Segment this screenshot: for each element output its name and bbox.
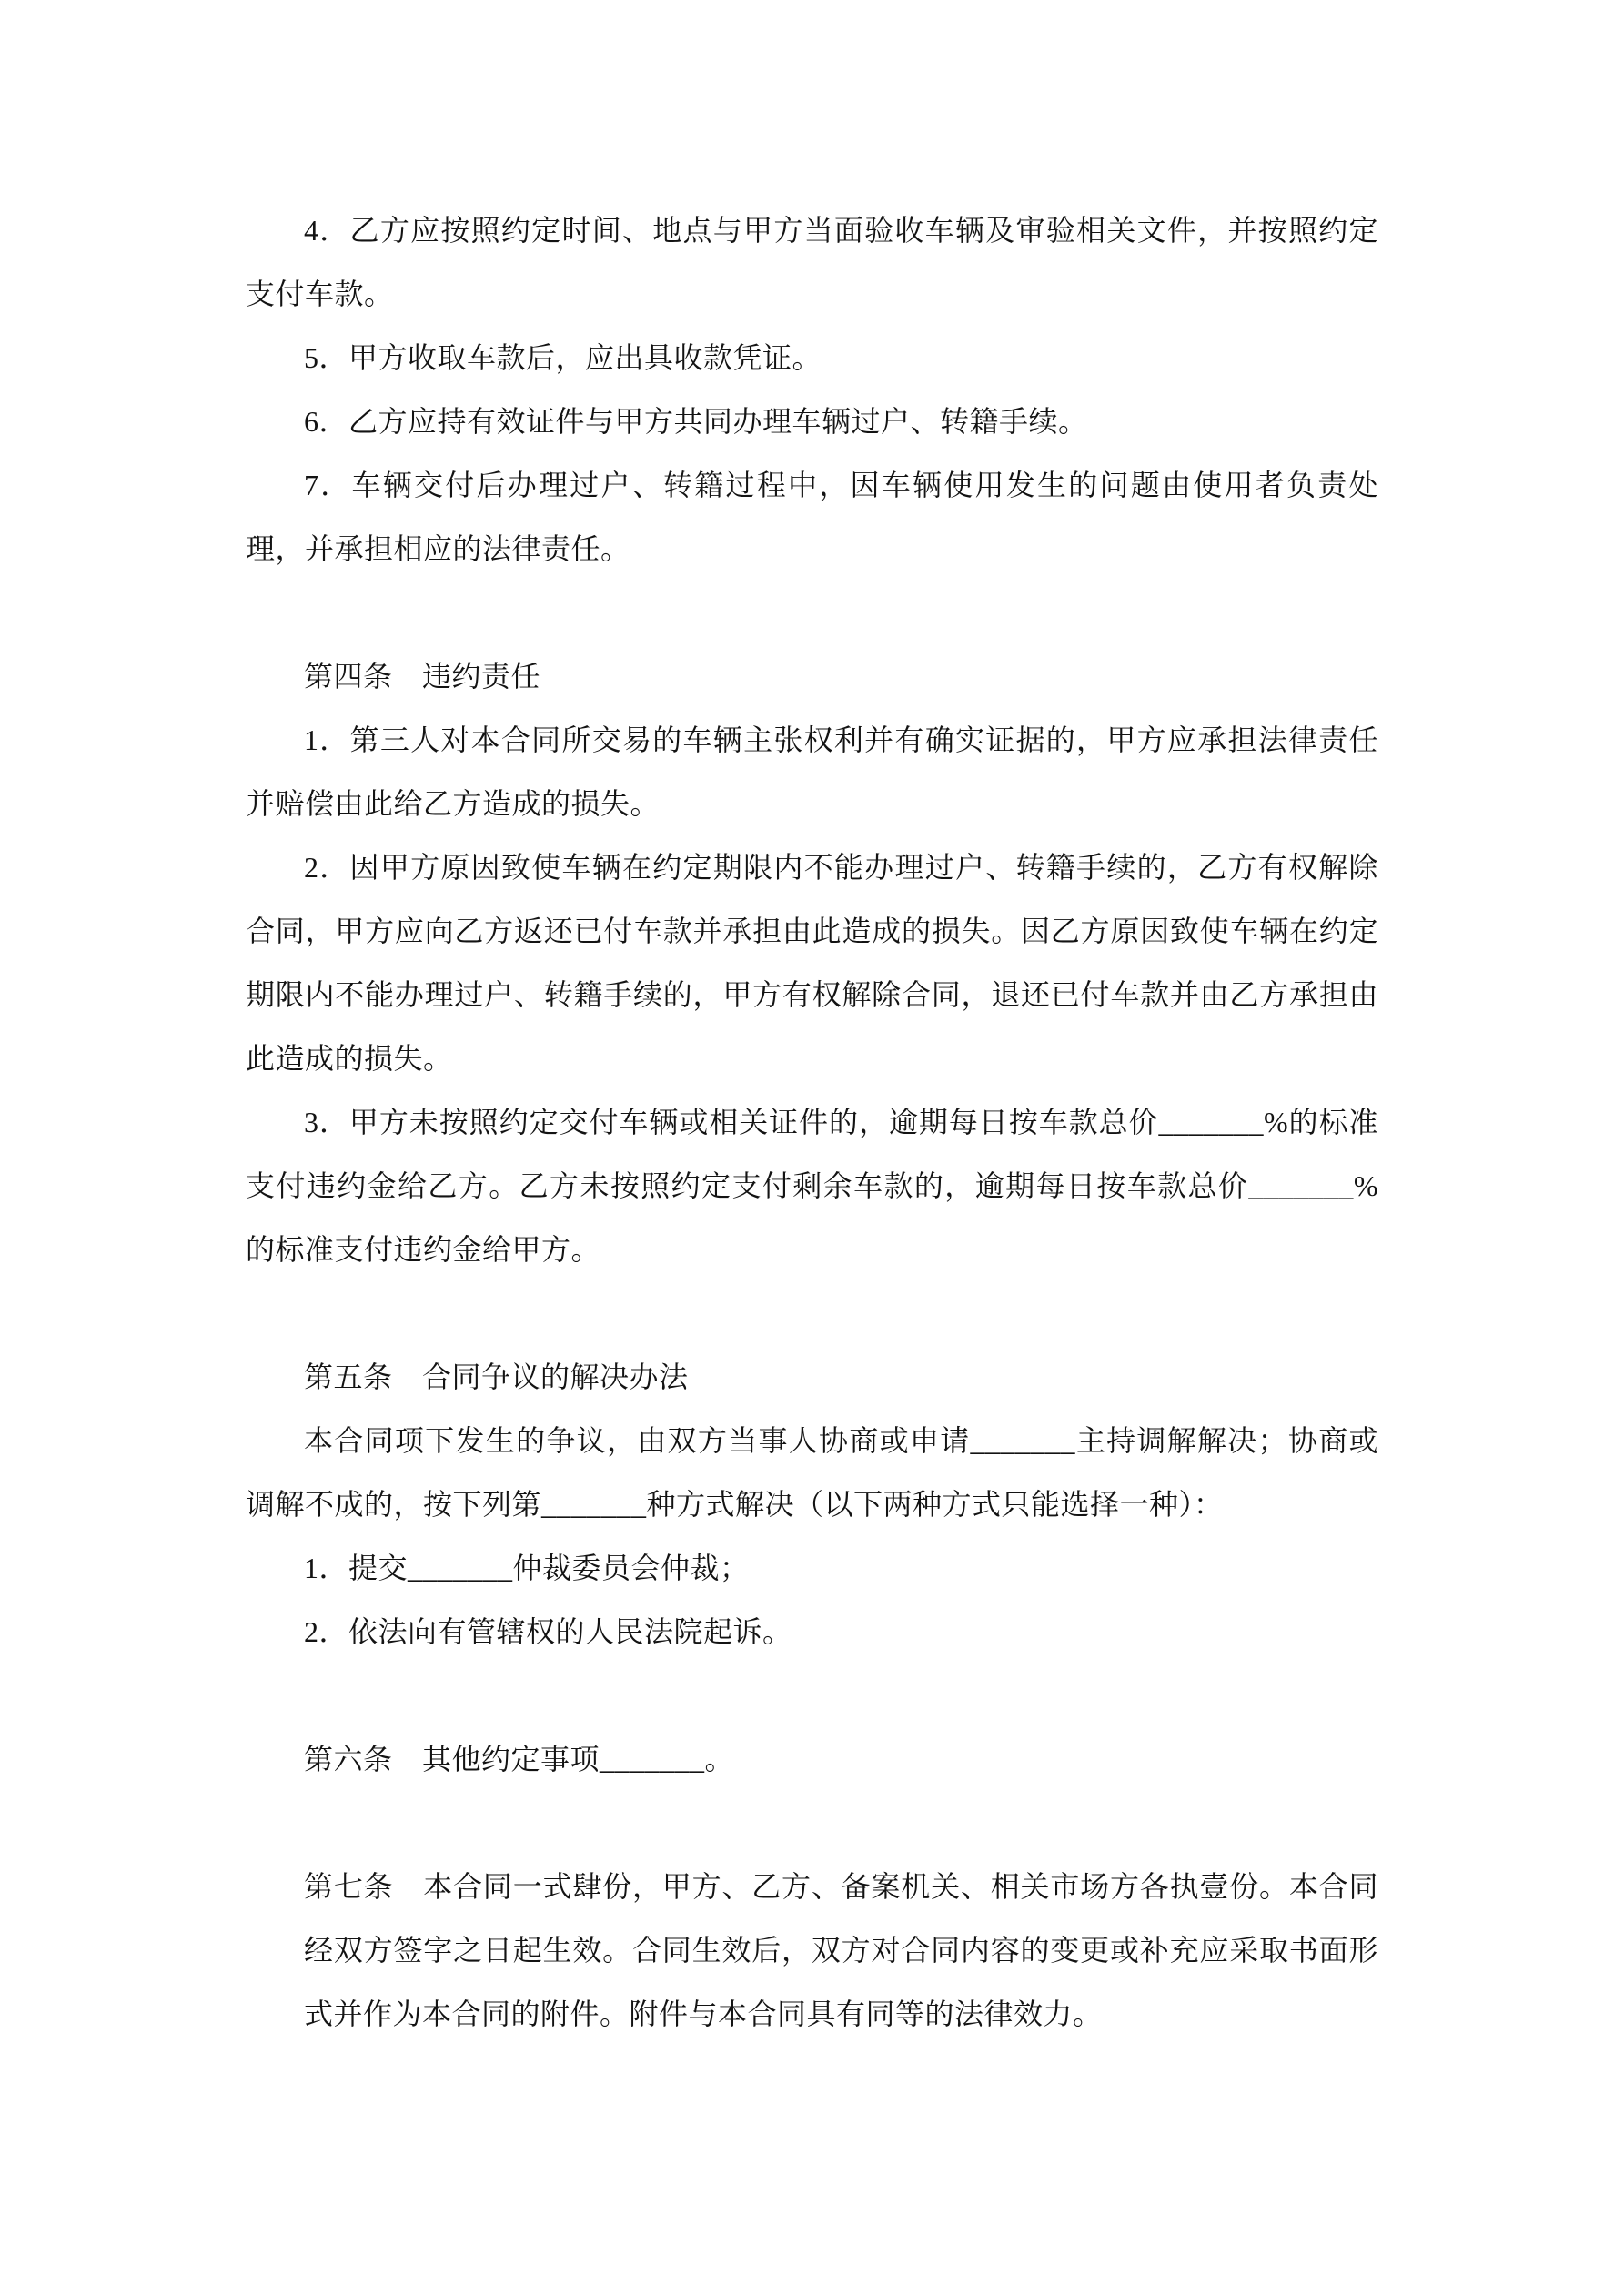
article-5-option-2: 2．依法向有管辖权的人民法院起诉。 xyxy=(246,1600,1378,1664)
blank-line xyxy=(246,1281,1378,1345)
article-6-paragraph: 第六条 其他约定事项_______。 xyxy=(246,1727,1378,1791)
blank-line xyxy=(246,1664,1378,1727)
clause-paragraph-6: 6．乙方应持有效证件与甲方共同办理车辆过户、转籍手续。 xyxy=(246,389,1378,453)
clause-paragraph-5: 5．甲方收取车款后，应出具收款凭证。 xyxy=(246,326,1378,389)
contract-page: 4．乙方应按照约定时间、地点与甲方当面验收车辆及审验相关文件，并按照约定支付车款… xyxy=(0,0,1624,2296)
blank-line xyxy=(246,1791,1378,1855)
clause-paragraph-7: 7．车辆交付后办理过户、转籍过程中，因车辆使用发生的问题由使用者负责处理，并承担… xyxy=(246,453,1378,581)
article-7-paragraph: 第七条 本合同一式肆份，甲方、乙方、备案机关、相关市场方各执壹份。本合同经双方签… xyxy=(246,1855,1378,2046)
article-4-item-1: 1．第三人对本合同所交易的车辆主张权利并有确实证据的，甲方应承担法律责任并赔偿由… xyxy=(246,708,1378,835)
article-4-item-2: 2．因甲方原因致使车辆在约定期限内不能办理过户、转籍手续的，乙方有权解除合同，甲… xyxy=(246,835,1378,1090)
article-5-heading: 第五条 合同争议的解决办法 xyxy=(246,1345,1378,1409)
article-5-intro: 本合同项下发生的争议，由双方当事人协商或申请_______主持调解解决；协商或调… xyxy=(246,1409,1378,1536)
article-4-item-3: 3．甲方未按照约定交付车辆或相关证件的，逾期每日按车款总价_______%的标准… xyxy=(246,1090,1378,1281)
clause-paragraph-4: 4．乙方应按照约定时间、地点与甲方当面验收车辆及审验相关文件，并按照约定支付车款… xyxy=(246,198,1378,326)
blank-line xyxy=(246,581,1378,644)
article-4-heading: 第四条 违约责任 xyxy=(246,644,1378,708)
article-5-option-1: 1．提交_______仲裁委员会仲裁； xyxy=(246,1536,1378,1600)
